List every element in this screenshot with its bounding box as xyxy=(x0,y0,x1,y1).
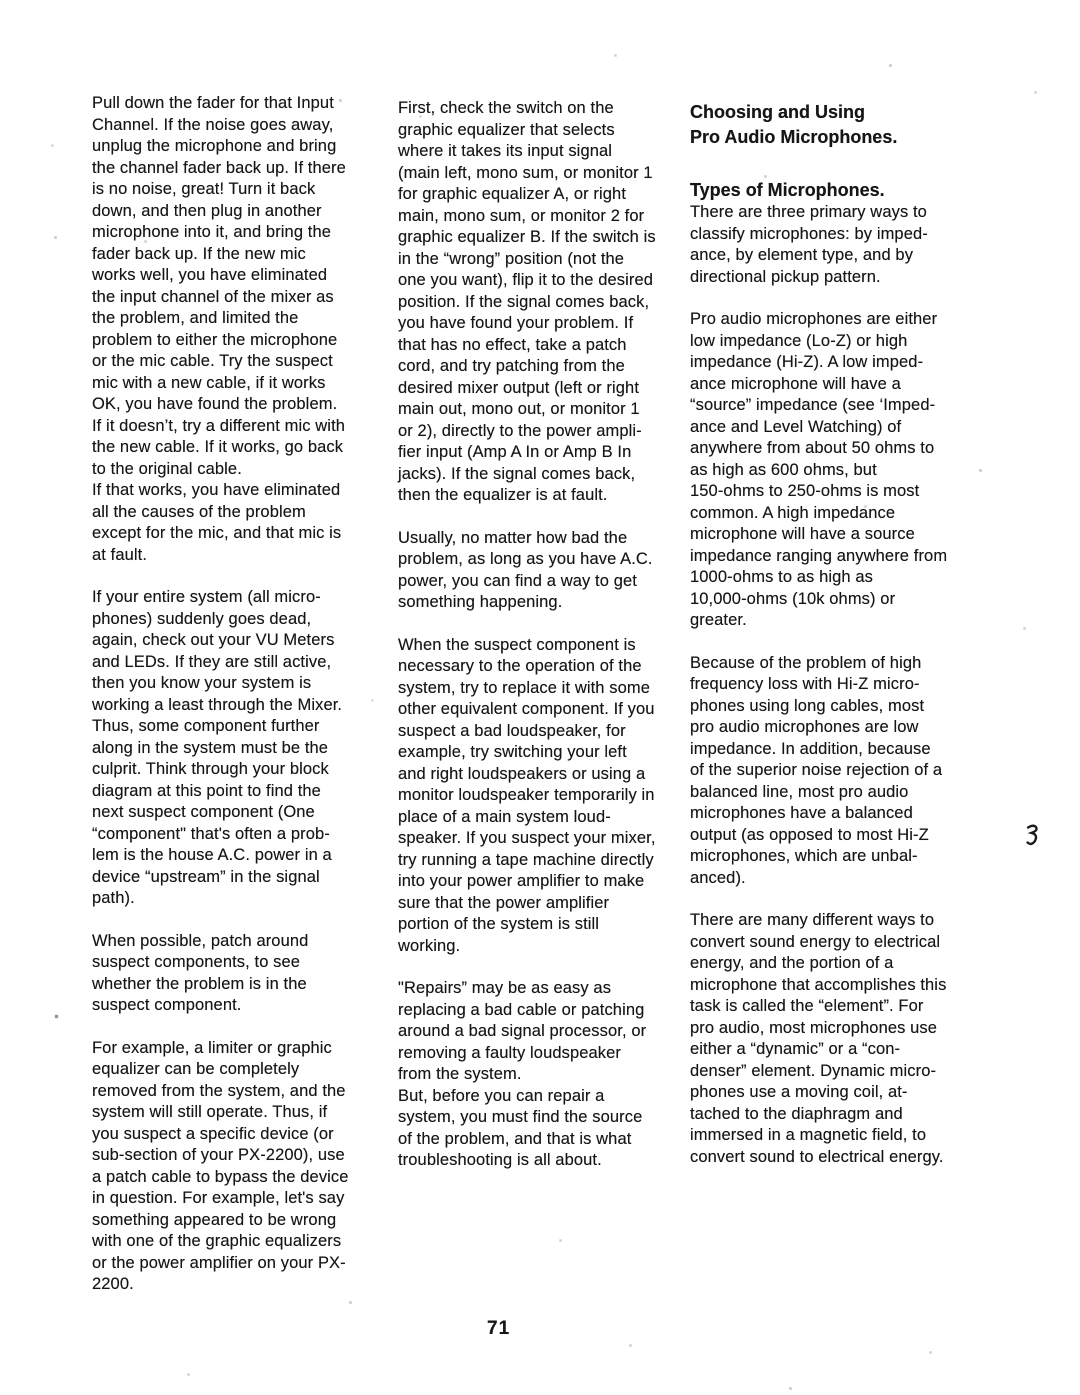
text-paragraph: If your entire system (all micro- phones… xyxy=(92,587,394,910)
column-left: Pull down the fader for that Input Chann… xyxy=(92,93,394,1317)
text-paragraph: When possible, patch around suspect comp… xyxy=(92,931,394,1017)
section-heading: Choosing and Using Pro Audio Microphones… xyxy=(690,100,992,150)
subsection-heading: Types of Microphones. xyxy=(690,178,992,202)
text-paragraph: Usually, no matter how bad the problem, … xyxy=(398,528,700,614)
text-paragraph: There are three primary ways to classify… xyxy=(690,202,992,288)
column-right: Choosing and Using Pro Audio Microphones… xyxy=(690,100,992,1189)
column-middle: First, check the switch on the graphic e… xyxy=(398,98,700,1193)
text-paragraph: "Repairs” may be as easy as replacing a … xyxy=(398,978,700,1172)
scanned-manual-page: Pull down the fader for that Input Chann… xyxy=(0,0,1080,1395)
text-paragraph: There are many different ways to convert… xyxy=(690,910,992,1168)
text-paragraph: Pro audio microphones are either low imp… xyxy=(690,309,992,632)
page-number: 71 xyxy=(487,1318,510,1340)
ink-smudge-mark xyxy=(1023,823,1042,854)
text-paragraph: Pull down the fader for that Input Chann… xyxy=(92,93,394,566)
text-paragraph: Because of the problem of high frequency… xyxy=(690,653,992,890)
text-paragraph: For example, a limiter or graphic equali… xyxy=(92,1038,394,1296)
scan-noise-speckles xyxy=(0,0,1,1)
text-paragraph: First, check the switch on the graphic e… xyxy=(398,98,700,507)
text-paragraph: When the suspect component is necessary … xyxy=(398,635,700,958)
